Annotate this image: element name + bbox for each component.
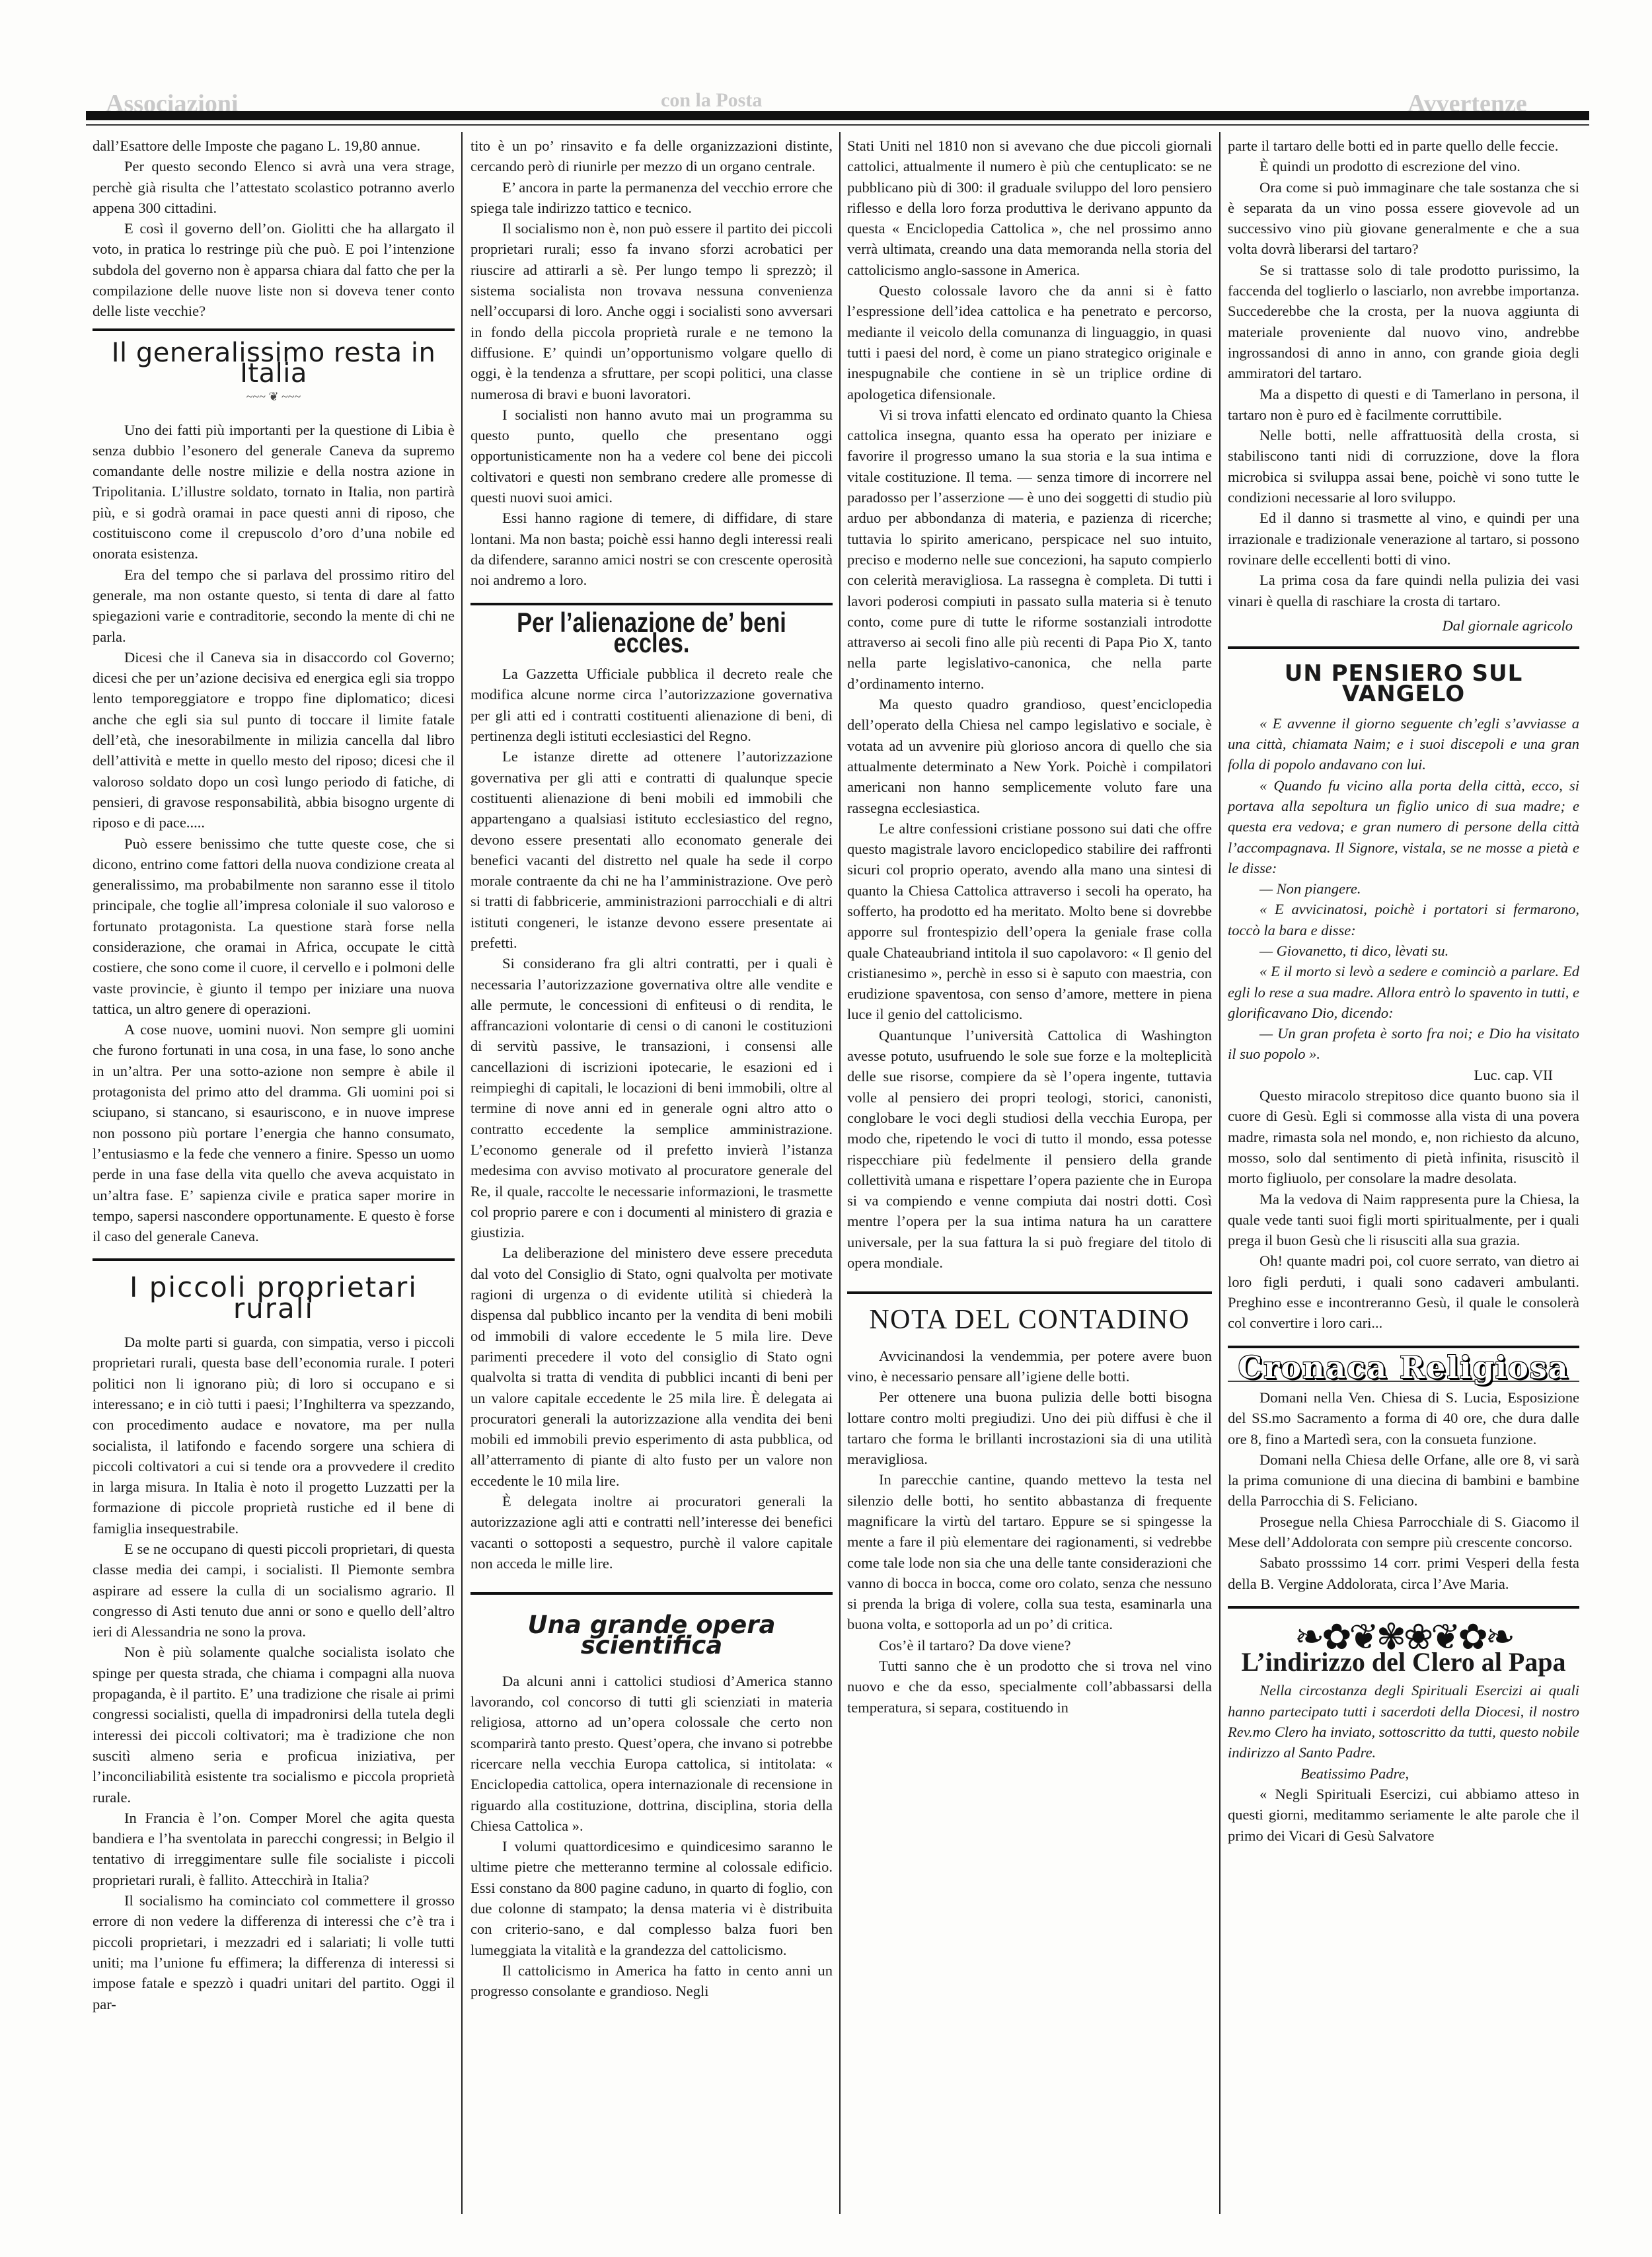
section-rule: [93, 328, 455, 331]
gospel-quote: « E avvenne il giorno seguente ch’egli s…: [1228, 713, 1579, 1065]
paragraph: Può essere benissimo che tutte queste co…: [93, 833, 455, 1020]
section-rule: [1228, 1606, 1579, 1609]
paragraph: Oh! quante madri poi, col cuore serrato,…: [1228, 1250, 1579, 1333]
floral-ornament-icon: ❧✿❦✾❀❦✿❧: [1228, 1627, 1579, 1648]
gospel-reference: Luc. cap. VII: [1228, 1065, 1553, 1085]
paragraph: Questo miracolo strepitoso dice quanto b…: [1228, 1085, 1579, 1188]
article-title-grande-opera: Una grande opera scientifica: [470, 1615, 833, 1656]
paragraph: Quantunque l’università Cattolica di Was…: [847, 1025, 1212, 1274]
section-rule: [1228, 646, 1579, 649]
paragraph: È quindi un prodotto di escrezione del v…: [1228, 156, 1579, 176]
paragraph: La deliberazione del ministero deve esse…: [470, 1243, 833, 1491]
quote-line: — Un gran profeta è sorto fra noi; e Dio…: [1228, 1023, 1579, 1065]
section-rule: [847, 1291, 1212, 1294]
paragraph: E così il governo dell’on. Giolitti che …: [93, 218, 455, 321]
article-title-pensiero-vangelo: UN PENSIERO SUL VANGELO: [1228, 664, 1579, 705]
paragraph: Si considerano fra gli altri contratti, …: [470, 953, 833, 1243]
paragraph: « Negli Spirituali Esercizi, cui abbiamo…: [1228, 1784, 1579, 1846]
paragraph: La Gazzetta Ufficiale pubblica il decret…: [470, 664, 833, 746]
paragraph: Stati Uniti nel 1810 non si avevano che …: [847, 135, 1212, 280]
paragraph: dall’Esattore delle Imposte che pagano L…: [93, 135, 455, 156]
paragraph: Le altre confessioni cristiane possono s…: [847, 818, 1212, 1025]
column-1: dall’Esattore delle Imposte che pagano L…: [93, 135, 455, 2014]
quote-line: — Giovanetto, ti dico, lèvati su.: [1228, 940, 1579, 961]
quote-line: « E avvicinatosi, poichè i portatori si …: [1228, 899, 1579, 940]
paragraph: tito è un po’ rinsavito e fa delle organ…: [470, 135, 833, 177]
paragraph: I volumi quattordicesimo e quindicesimo …: [470, 1836, 833, 1960]
paragraph: A cose nuove, uomini nuovi. Non sempre g…: [93, 1019, 455, 1246]
paragraph: Da alcuni anni i cattolici studiosi d’Am…: [470, 1671, 833, 1836]
quote-line: « E avvenne il giorno seguente ch’egli s…: [1228, 713, 1579, 775]
section-rule: [1228, 1346, 1579, 1348]
source-signature: Dal giornale agricolo: [1228, 615, 1573, 636]
paragraph: Avvicinandosi la vendemmia, per potere a…: [847, 1346, 1212, 1387]
quote-line: — Non piangere.: [1228, 878, 1579, 899]
paragraph: Ed il danno si trasmette al vino, e quin…: [1228, 508, 1579, 570]
article-title-nota-contadino: NOTA DEL CONTADINO: [847, 1310, 1212, 1330]
quote-line: « E il morto si levò a sedere e cominciò…: [1228, 961, 1579, 1023]
paragraph: I socialisti non hanno avuto mai un prog…: [470, 404, 833, 508]
section-rule: [470, 1592, 833, 1595]
paragraph: Il cattolicismo in America ha fatto in c…: [470, 1960, 833, 2002]
paragraph: Questo colossale lavoro che da anni si è…: [847, 280, 1212, 404]
paragraph: In parecchie cantine, quando mettevo la …: [847, 1469, 1212, 1634]
paragraph: Le istanze dirette ad ottenere l’autoriz…: [470, 746, 833, 953]
article-title-piccoli-proprietari: I piccoli proprietari rurali: [93, 1277, 455, 1319]
article-title-cronaca-religiosa: Cronaca Religiosa: [1228, 1358, 1579, 1378]
column-divider-2: [839, 132, 841, 2214]
newspaper-page: Associazioni con la Posta Avvertenze dal…: [0, 0, 1652, 2257]
flourish-ornament: ~~~ ❦ ~~~: [93, 387, 455, 407]
paragraph: Ma a dispetto di questi e di Tamerlano i…: [1228, 384, 1579, 426]
column-3: Stati Uniti nel 1810 non si avevano che …: [847, 135, 1212, 1718]
column-4: parte il tartaro delle botti ed in parte…: [1228, 135, 1579, 1846]
masthead-ghost-mid: con la Posta: [661, 89, 762, 112]
paragraph: Il socialismo ha cominciato col commette…: [93, 1890, 455, 2014]
paragraph: Era del tempo che si parlava del prossim…: [93, 564, 455, 647]
paragraph: In Francia è l’on. Comper Morel che agit…: [93, 1808, 455, 1890]
top-rule-thick: [86, 111, 1589, 120]
paragraph: Da molte parti si guarda, con simpatia, …: [93, 1332, 455, 1539]
paragraph: Il socialismo non è, non può essere il p…: [470, 218, 833, 404]
paragraph: Cos’è il tartaro? Da dove viene?: [847, 1635, 1212, 1656]
quote-line: « Quando fu vicino alla porta della citt…: [1228, 775, 1579, 878]
paragraph: Domani nella Chiesa delle Orfane, alle o…: [1228, 1449, 1579, 1511]
paragraph: Domani nella Ven. Chiesa di S. Lucia, Es…: [1228, 1387, 1579, 1449]
paragraph: Per ottenere una buona pulizia delle bot…: [847, 1387, 1212, 1469]
paragraph: Nelle botti, nelle affrattuosità della c…: [1228, 425, 1579, 508]
column-divider-3: [1219, 132, 1220, 2214]
top-rule-thin: [86, 124, 1589, 126]
column-2: tito è un po’ rinsavito e fa delle organ…: [470, 135, 833, 2002]
paragraph: Ora come si può immaginare che tale sost…: [1228, 177, 1579, 260]
paragraph: Se si trattasse solo di tale prodotto pu…: [1228, 260, 1579, 384]
article-title-alienazione: Per l’alienazione de’ beni eccles.: [503, 612, 800, 654]
paragraph: E se ne occupano di questi piccoli propr…: [93, 1539, 455, 1642]
article-title-indirizzo-clero: L’indirizzo del Clero al Papa: [1228, 1652, 1579, 1672]
paragraph: Non è più solamente qualche socialista i…: [93, 1642, 455, 1807]
paragraph: Uno dei fatti più importanti per la ques…: [93, 420, 455, 564]
salutation: Beatissimo Padre,: [1228, 1763, 1579, 1784]
paragraph: Essi hanno ragione di temere, di diffida…: [470, 508, 833, 590]
column-divider-1: [461, 132, 463, 2214]
paragraph-intro: Nella circostanza degli Spirituali Eserc…: [1228, 1680, 1579, 1763]
paragraph: Sabato prosssimo 14 corr. primi Vesperi …: [1228, 1552, 1579, 1594]
paragraph: Prosegue nella Chiesa Parrocchiale di S.…: [1228, 1511, 1579, 1553]
paragraph: Dicesi che il Caneva sia in disaccordo c…: [93, 647, 455, 833]
article-title-generalissimo: Il generalissimo resta in Italia: [93, 343, 455, 385]
section-rule: [470, 603, 833, 605]
paragraph: È delegata inoltre ai procuratori genera…: [470, 1491, 833, 1574]
paragraph: E’ ancora in parte la permanenza del vec…: [470, 177, 833, 219]
paragraph: La prima cosa da fare quindi nella puliz…: [1228, 570, 1579, 611]
section-rule: [93, 1258, 455, 1261]
paragraph: Ma la vedova di Naim rappresenta pure la…: [1228, 1189, 1579, 1251]
paragraph: Ma questo quadro grandioso, quest’encicl…: [847, 694, 1212, 818]
paragraph: Vi si trova infatti elencato ed ordinato…: [847, 404, 1212, 694]
paragraph: Tutti sanno che è un prodotto che si tro…: [847, 1656, 1212, 1718]
paragraph: Per questo secondo Elenco si avrà una ve…: [93, 156, 455, 218]
paragraph: parte il tartaro delle botti ed in parte…: [1228, 135, 1579, 156]
